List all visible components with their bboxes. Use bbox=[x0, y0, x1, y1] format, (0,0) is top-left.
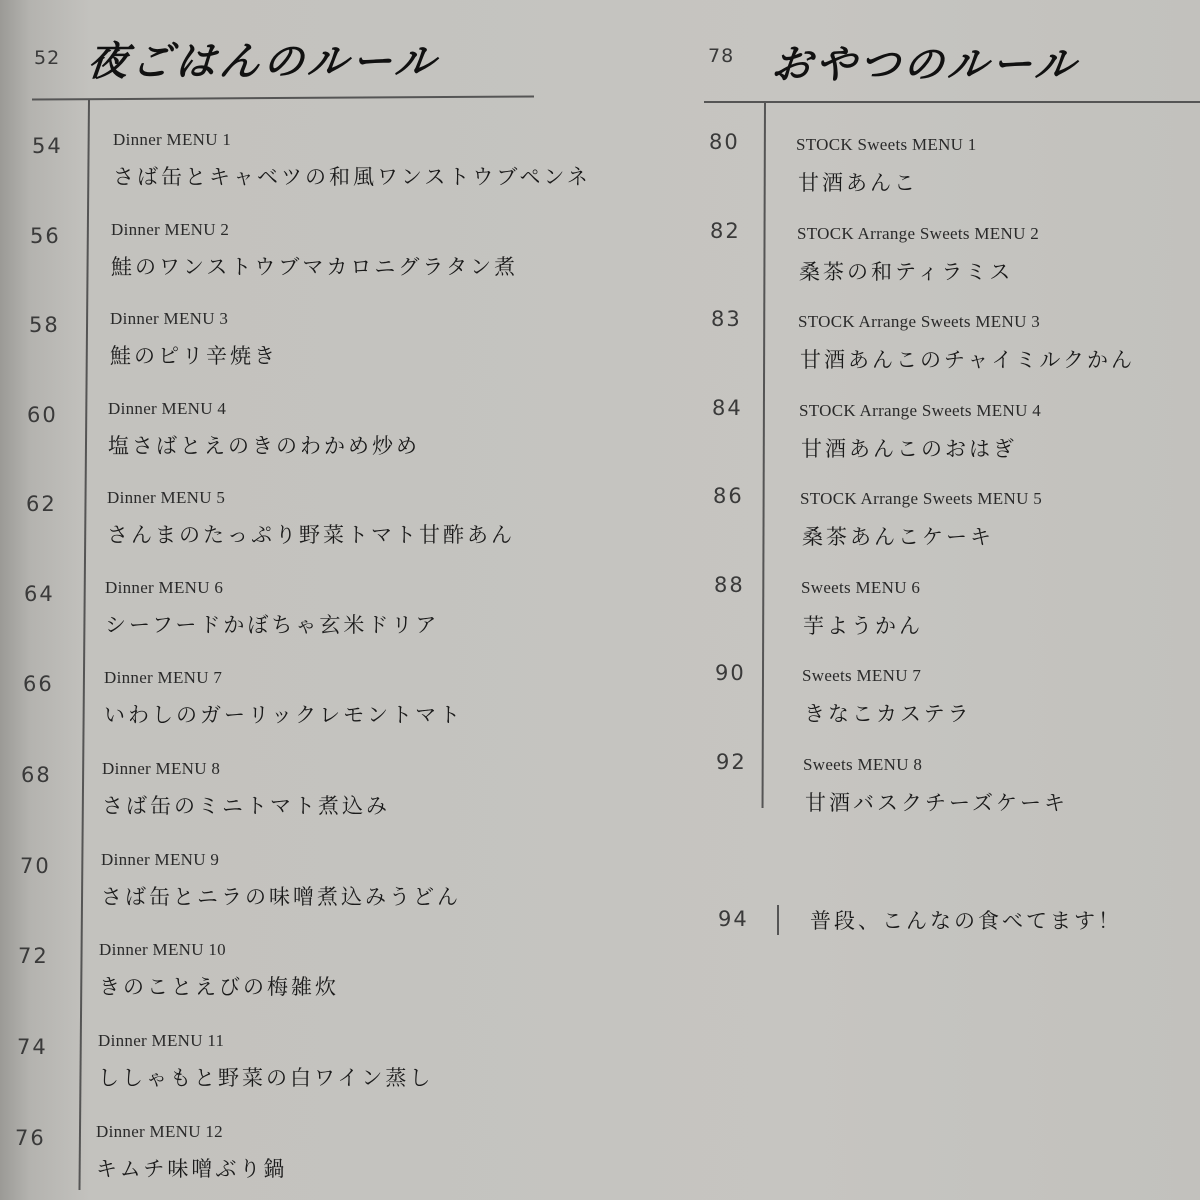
entry-page-number: 64 bbox=[24, 582, 55, 606]
entry-menu-label: Sweets MENU 7 bbox=[802, 666, 921, 686]
entry-menu-label: Dinner MENU 4 bbox=[108, 399, 226, 419]
entry-title: 甘酒バスクチーズケーキ bbox=[805, 787, 1068, 817]
entry-title: シーフードかぼちゃ玄米ドリア bbox=[105, 609, 439, 639]
sweets-section: 78 おやつのルール 80STOCK Sweets MENU 1甘酒あんこ82S… bbox=[600, 0, 1200, 1200]
entry-title: キムチ味噌ぶり鍋 bbox=[96, 1153, 287, 1183]
entry-title: 甘酒あんこ bbox=[798, 167, 918, 197]
entry-title: きのことえびの梅雑炊 bbox=[99, 971, 339, 1001]
entry-menu-label: STOCK Arrange Sweets MENU 5 bbox=[800, 489, 1042, 509]
entry-page-number: 94 bbox=[718, 907, 749, 931]
entry-page-number: 54 bbox=[32, 134, 63, 158]
entry-title: 鮭のピリ辛焼き bbox=[110, 340, 278, 370]
entry-title: いわしのガーリックレモントマト bbox=[104, 699, 463, 729]
entry-page-number: 90 bbox=[715, 661, 746, 685]
entry-page-number: 70 bbox=[20, 854, 51, 878]
entry-title: 塩さばとえのきのわかめ炒め bbox=[108, 430, 420, 460]
entry-title: 芋ようかん bbox=[803, 610, 923, 640]
entry-separator bbox=[777, 905, 779, 935]
entry-page-number: 60 bbox=[27, 403, 58, 427]
entry-menu-label: Dinner MENU 2 bbox=[111, 220, 229, 240]
section-title: 夜ごはんのルール bbox=[85, 30, 442, 87]
entry-page-number: 84 bbox=[712, 396, 743, 420]
entry-title: さば缶とキャベツの和風ワンストウブペンネ bbox=[113, 161, 591, 191]
entry-menu-label: Dinner MENU 8 bbox=[102, 759, 220, 779]
column-rule bbox=[78, 100, 89, 1190]
entry-page-number: 88 bbox=[714, 573, 745, 597]
entry-page-number: 83 bbox=[711, 307, 742, 331]
entry-title: さば缶とニラの味噌煮込みうどん bbox=[101, 881, 461, 911]
entry-page-number: 72 bbox=[18, 944, 49, 968]
entry-menu-label: Sweets MENU 8 bbox=[803, 755, 922, 775]
entry-title: 甘酒あんこのおはぎ bbox=[801, 433, 1017, 463]
section-divider bbox=[32, 95, 534, 100]
entry-page-number: 56 bbox=[30, 224, 61, 248]
entry-title: さば缶のミニトマト煮込み bbox=[102, 790, 390, 820]
entry-page-number: 82 bbox=[710, 219, 741, 243]
entry-page-number: 86 bbox=[713, 484, 744, 508]
entry-page-number: 68 bbox=[21, 763, 52, 787]
section-page-number: 52 bbox=[34, 47, 60, 69]
column-rule bbox=[762, 102, 766, 808]
entry-menu-label: STOCK Sweets MENU 1 bbox=[796, 135, 977, 155]
entry-menu-label: Sweets MENU 6 bbox=[801, 578, 920, 598]
entry-menu-label: STOCK Arrange Sweets MENU 3 bbox=[798, 312, 1040, 332]
entry-menu-label: Dinner MENU 9 bbox=[101, 850, 219, 870]
section-divider bbox=[704, 101, 1200, 103]
entry-title: ししゃもと野菜の白ワイン蒸し bbox=[98, 1062, 433, 1092]
entry-menu-label: Dinner MENU 5 bbox=[107, 488, 225, 508]
entry-page-number: 58 bbox=[29, 313, 60, 337]
dinner-section: 52 夜ごはんのルール 54Dinner MENU 1さば缶とキャベツの和風ワン… bbox=[0, 0, 600, 1200]
entry-menu-label: Dinner MENU 7 bbox=[104, 668, 222, 688]
entry-menu-label: STOCK Arrange Sweets MENU 2 bbox=[797, 224, 1039, 244]
entry-title: 鮭のワンストウブマカロニグラタン煮 bbox=[111, 251, 518, 281]
entry-page-number: 92 bbox=[716, 750, 747, 774]
entry-menu-label: Dinner MENU 3 bbox=[110, 309, 228, 329]
entry-title: きなこカステラ bbox=[804, 698, 972, 728]
entry-menu-label: Dinner MENU 10 bbox=[99, 940, 226, 960]
section-title: おやつのルール bbox=[769, 33, 1082, 90]
entry-menu-label: Dinner MENU 6 bbox=[105, 578, 223, 598]
entry-menu-label: STOCK Arrange Sweets MENU 4 bbox=[799, 401, 1041, 421]
entry-title: 桑茶の和ティラミス bbox=[799, 256, 1013, 286]
entry-menu-label: Dinner MENU 1 bbox=[113, 130, 231, 150]
entry-menu-label: Dinner MENU 11 bbox=[98, 1031, 224, 1051]
section-page-number: 78 bbox=[708, 45, 734, 67]
entry-title: さんまのたっぷり野菜トマト甘酢あん bbox=[107, 519, 515, 549]
entry-menu-label: Dinner MENU 12 bbox=[96, 1122, 223, 1142]
entry-page-number: 80 bbox=[709, 130, 740, 154]
entry-title: 普段、こんなの食べてます！ bbox=[810, 905, 1122, 935]
entry-title: 桑茶あんこケーキ bbox=[802, 521, 994, 551]
entry-title: 甘酒あんこのチャイミルクかん bbox=[800, 344, 1135, 374]
entry-page-number: 62 bbox=[26, 492, 57, 516]
entry-page-number: 76 bbox=[15, 1126, 46, 1150]
entry-page-number: 66 bbox=[23, 672, 54, 696]
entry-page-number: 74 bbox=[17, 1035, 48, 1059]
